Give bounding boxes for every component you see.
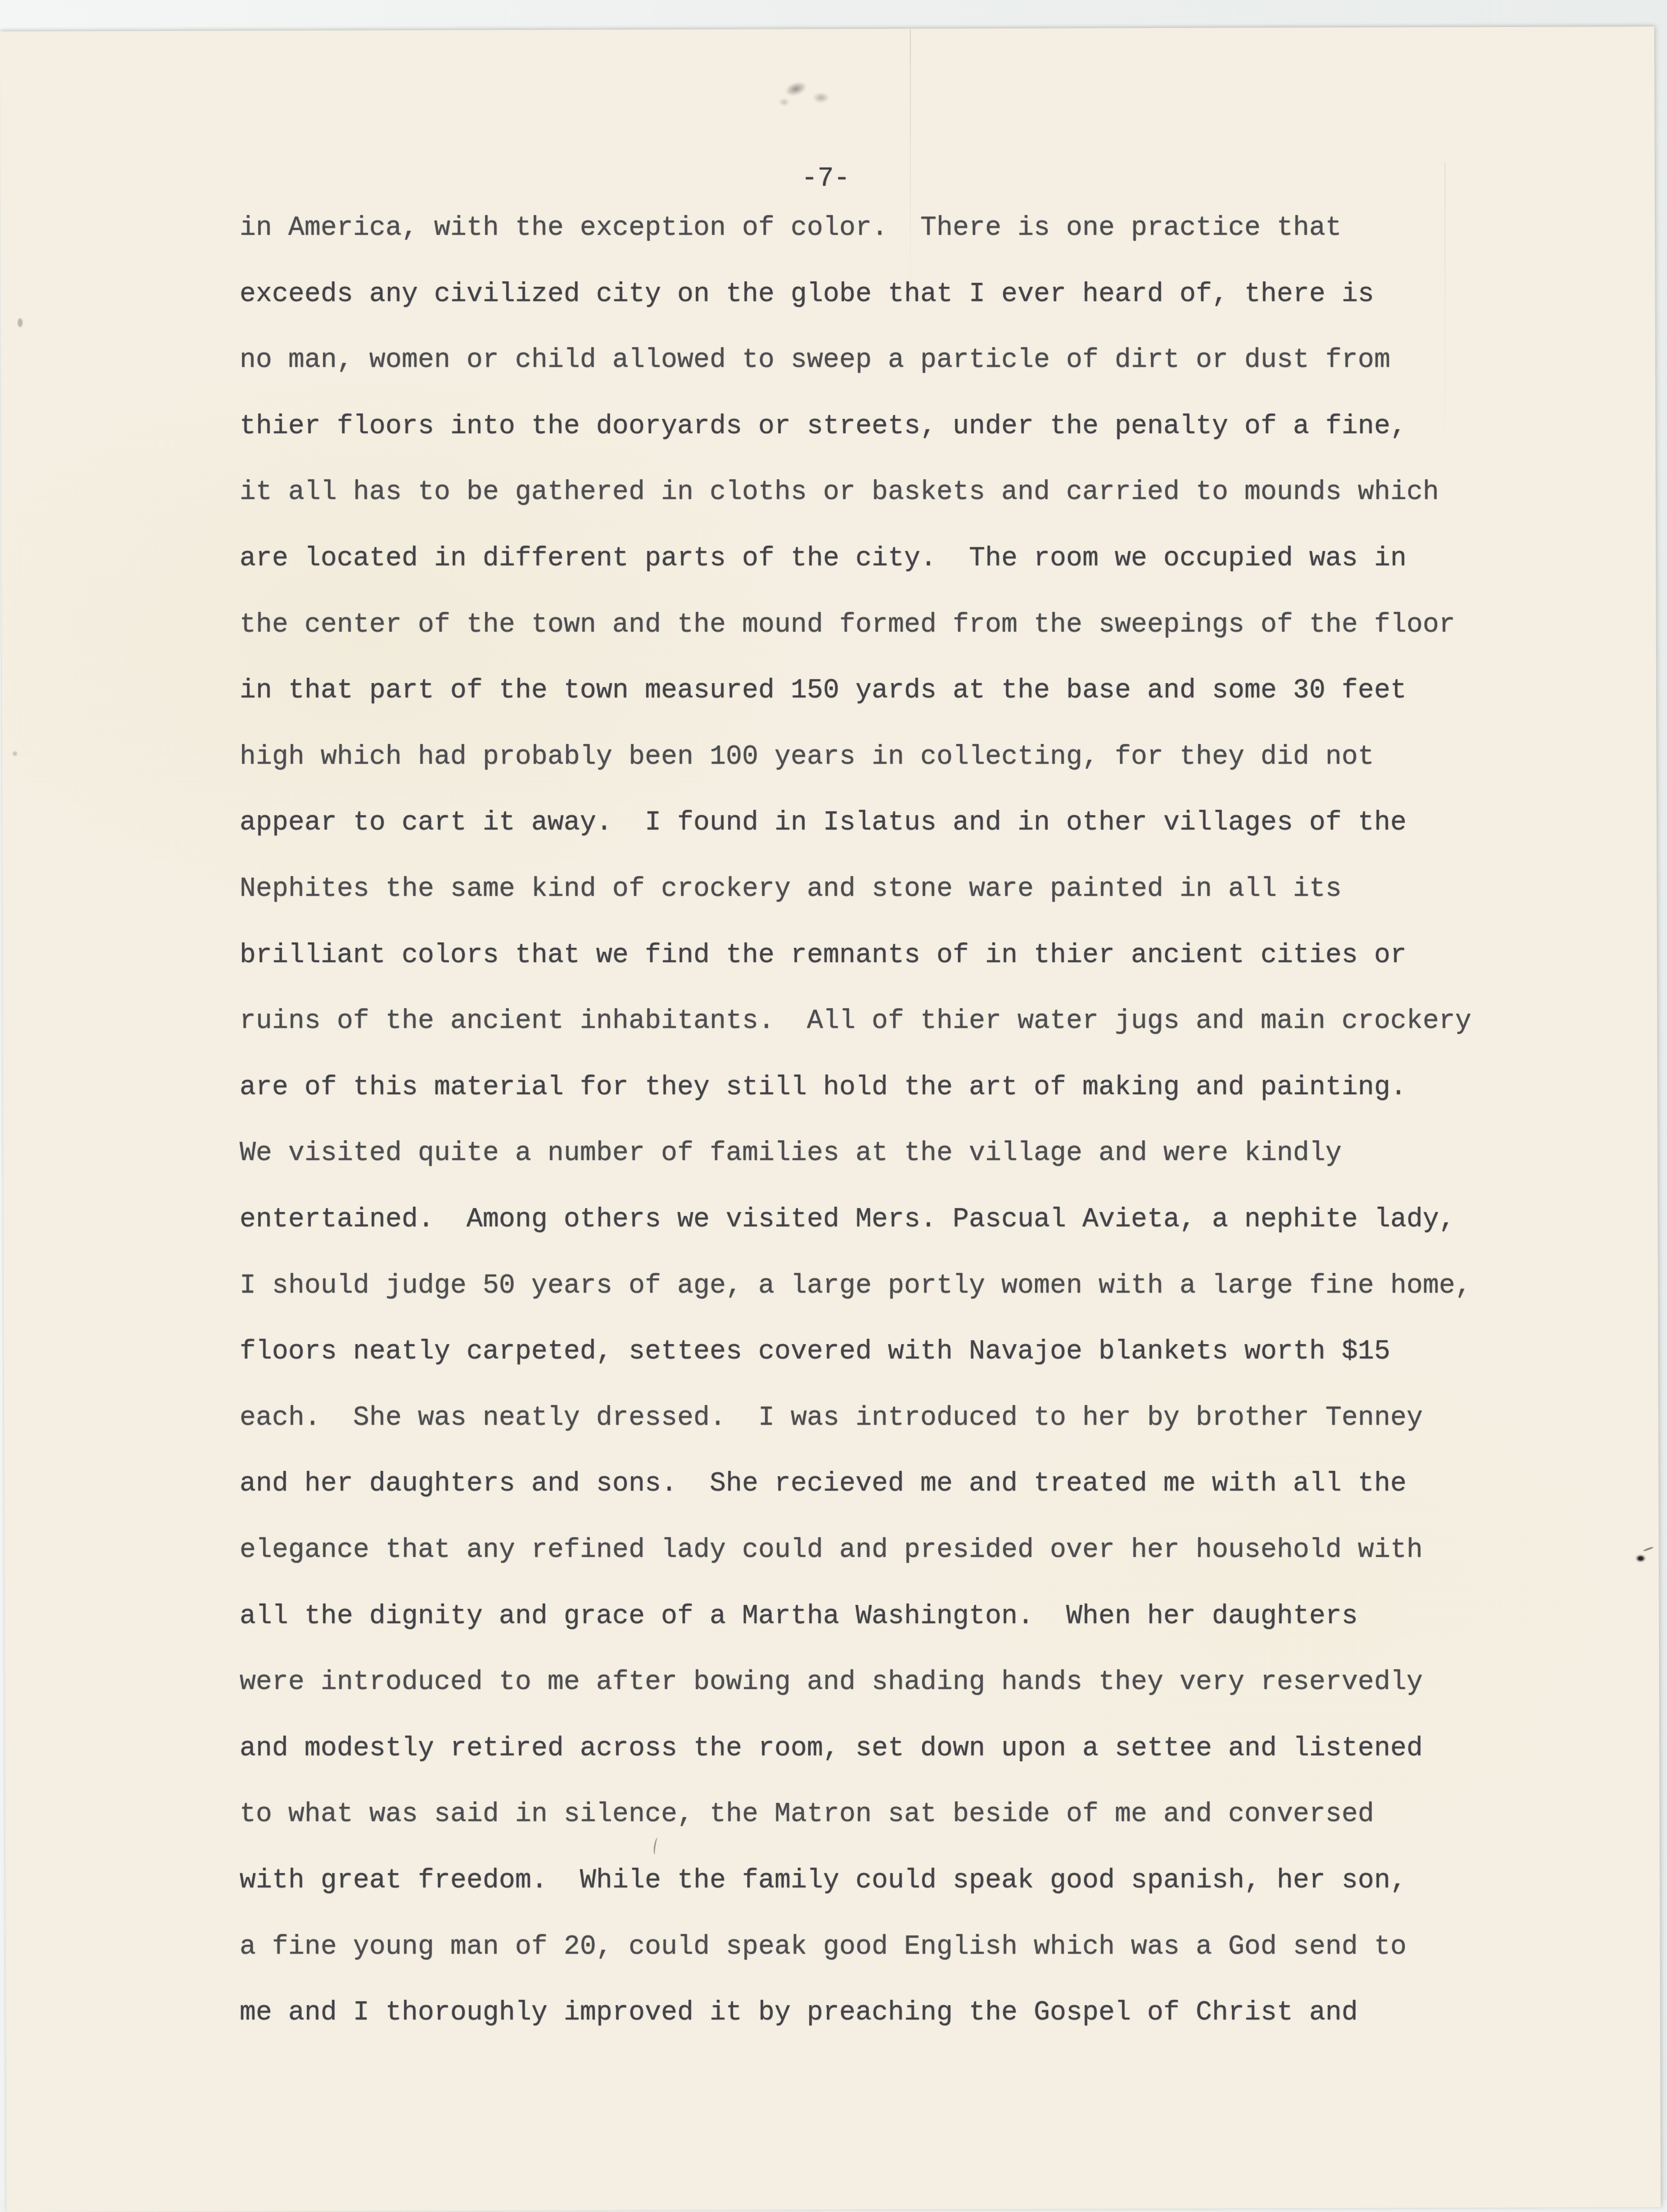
text-line: I should judge 50 years of age, a large … [240, 1272, 1471, 1299]
page-number: -7- [801, 165, 850, 192]
text-line: floors neatly carpeted, settees covered … [240, 1338, 1390, 1365]
text-line: are of this material for they still hold… [240, 1074, 1406, 1101]
ink-speck [1643, 1546, 1654, 1551]
text-line: it all has to be gathered in cloths or b… [240, 478, 1439, 505]
page-content: -7- in America, with the exception of co… [0, 0, 1667, 2200]
text-line: all the dignity and grace of a Martha Wa… [240, 1603, 1358, 1630]
paper-speck [18, 318, 23, 327]
text-line: thier floors into the dooryards or stree… [240, 413, 1406, 440]
text-line: in America, with the exception of color.… [240, 214, 1341, 241]
text-line: each. She was neatly dressed. I was intr… [240, 1404, 1422, 1431]
text-line: We visited quite a number of families at… [240, 1139, 1341, 1166]
text-line: were introduced to me after bowing and s… [240, 1668, 1422, 1695]
paper-speck [12, 750, 18, 757]
text-line: appear to cart it away. I found in Islat… [240, 809, 1406, 836]
paper-crease [910, 29, 911, 314]
text-line: a fine young man of 20, could speak good… [240, 1933, 1406, 1960]
text-line: Nephites the same kind of crockery and s… [240, 875, 1341, 902]
text-line: with great freedom. While the family cou… [240, 1867, 1406, 1894]
pencil-mark [653, 1838, 660, 1855]
text-line: high which had probably been 100 years i… [240, 743, 1374, 770]
text-line: and modestly retired across the room, se… [240, 1735, 1422, 1762]
text-line: in that part of the town measured 150 ya… [240, 677, 1406, 704]
ink-smudge [779, 98, 790, 106]
text-line: are located in different parts of the ci… [240, 545, 1406, 572]
text-line: elegance that any refined lady could and… [240, 1536, 1422, 1563]
text-line: brilliant colors that we find the remnan… [240, 941, 1406, 968]
text-line: and her daughters and sons. She recieved… [240, 1470, 1406, 1497]
text-line: to what was said in silence, the Matron … [240, 1800, 1374, 1827]
ink-speck [1634, 1552, 1646, 1563]
ink-smudge [783, 80, 809, 99]
text-line: no man, women or child allowed to sweep … [240, 346, 1390, 373]
ink-smudge [813, 92, 829, 103]
text-line: me and I thoroughly improved it by preac… [240, 1999, 1358, 2026]
text-line: ruins of the ancient inhabitants. All of… [240, 1007, 1471, 1034]
text-line: entertained. Among others we visited Mer… [240, 1206, 1455, 1233]
paper-crease [1445, 162, 1446, 476]
text-line: the center of the town and the mound for… [240, 611, 1455, 638]
text-line: exceeds any civilized city on the globe … [240, 280, 1374, 307]
